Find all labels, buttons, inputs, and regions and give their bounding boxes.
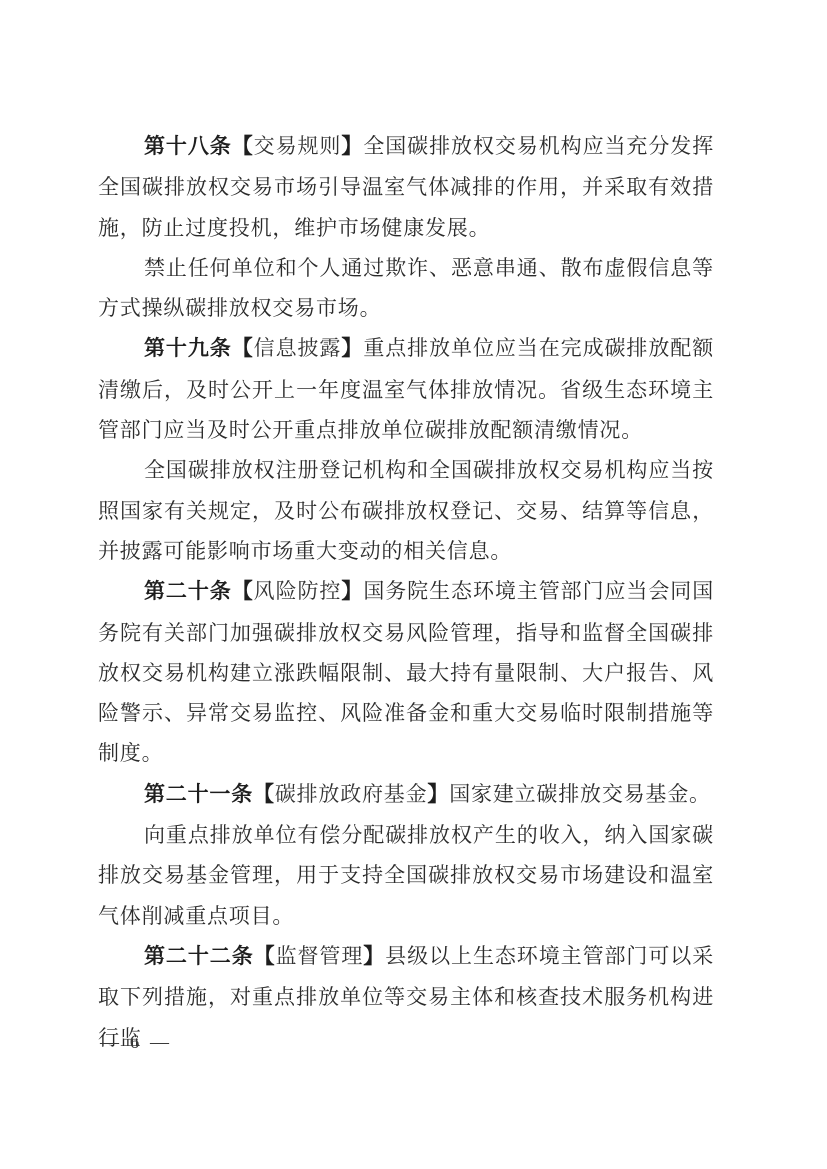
article-paragraph: 第十九条【信息披露】重点排放单位应当在完成碳排放配额清缴后，及时公开上一年度温室… bbox=[98, 328, 714, 450]
article-paragraph: 第十八条【交易规则】全国碳排放权交易机构应当充分发挥全国碳排放权交易市场引导温室… bbox=[98, 126, 714, 248]
page-number: — 6 — bbox=[100, 1032, 172, 1053]
article-number: 第二十二条 bbox=[144, 945, 254, 968]
article-number: 第二十条 bbox=[144, 580, 232, 603]
paragraph-text: 禁止任何单位和个人通过欺诈、恶意串通、散布虚假信息等方式操纵碳排放权交易市场。 bbox=[98, 256, 714, 320]
body-paragraph: 全国碳排放权注册登记机构和全国碳排放权交易机构应当按照国家有关规定，及时公布碳排… bbox=[98, 450, 714, 571]
bracket-open: 【 bbox=[254, 944, 276, 968]
bracket-close: 】 bbox=[427, 782, 449, 806]
bracket-open: 【 bbox=[232, 579, 254, 603]
article-title: 风险防控 bbox=[254, 579, 342, 603]
bracket-close: 】 bbox=[341, 336, 363, 360]
article-number: 第二十一条 bbox=[144, 783, 253, 806]
article-title: 信息披露 bbox=[254, 336, 342, 360]
page-footer: — 6 — bbox=[100, 1028, 300, 1058]
document-body: 第十八条【交易规则】全国碳排放权交易机构应当充分发挥全国碳排放权交易市场引导温室… bbox=[98, 126, 714, 1058]
article-paragraph: 第二十条【风险防控】国务院生态环境主管部门应当会同国务院有关部门加强碳排放权交易… bbox=[98, 571, 714, 773]
bracket-open: 【 bbox=[253, 782, 275, 806]
document-page: 第十八条【交易规则】全国碳排放权交易机构应当充分发挥全国碳排放权交易市场引导温室… bbox=[0, 0, 827, 1169]
article-number: 第十八条 bbox=[144, 135, 232, 158]
bracket-open: 【 bbox=[232, 134, 254, 158]
article-title: 碳排放政府基金 bbox=[275, 782, 428, 806]
article-paragraph: 第二十一条【碳排放政府基金】国家建立碳排放交易基金。 bbox=[98, 774, 714, 815]
article-number: 第十九条 bbox=[144, 337, 232, 360]
bracket-close: 】 bbox=[341, 579, 363, 603]
bracket-close: 】 bbox=[341, 134, 363, 158]
body-paragraph: 禁止任何单位和个人通过欺诈、恶意串通、散布虚假信息等方式操纵碳排放权交易市场。 bbox=[98, 248, 714, 329]
bracket-close: 】 bbox=[363, 944, 385, 968]
paragraph-text: 国家建立碳排放交易基金。 bbox=[449, 782, 711, 806]
paragraph-text: 全国碳排放权注册登记机构和全国碳排放权交易机构应当按照国家有关规定，及时公布碳排… bbox=[98, 458, 714, 563]
bracket-open: 【 bbox=[232, 336, 254, 360]
article-title: 交易规则 bbox=[254, 134, 342, 158]
article-title: 监督管理 bbox=[276, 944, 364, 968]
paragraph-text: 向重点排放单位有偿分配碳排放权产生的收入，纳入国家碳排放交易基金管理，用于支持全… bbox=[98, 823, 714, 928]
body-paragraph: 向重点排放单位有偿分配碳排放权产生的收入，纳入国家碳排放交易基金管理，用于支持全… bbox=[98, 815, 714, 936]
paragraph-text: 国务院生态环境主管部门应当会同国务院有关部门加强碳排放权交易风险管理，指导和监督… bbox=[98, 579, 714, 765]
